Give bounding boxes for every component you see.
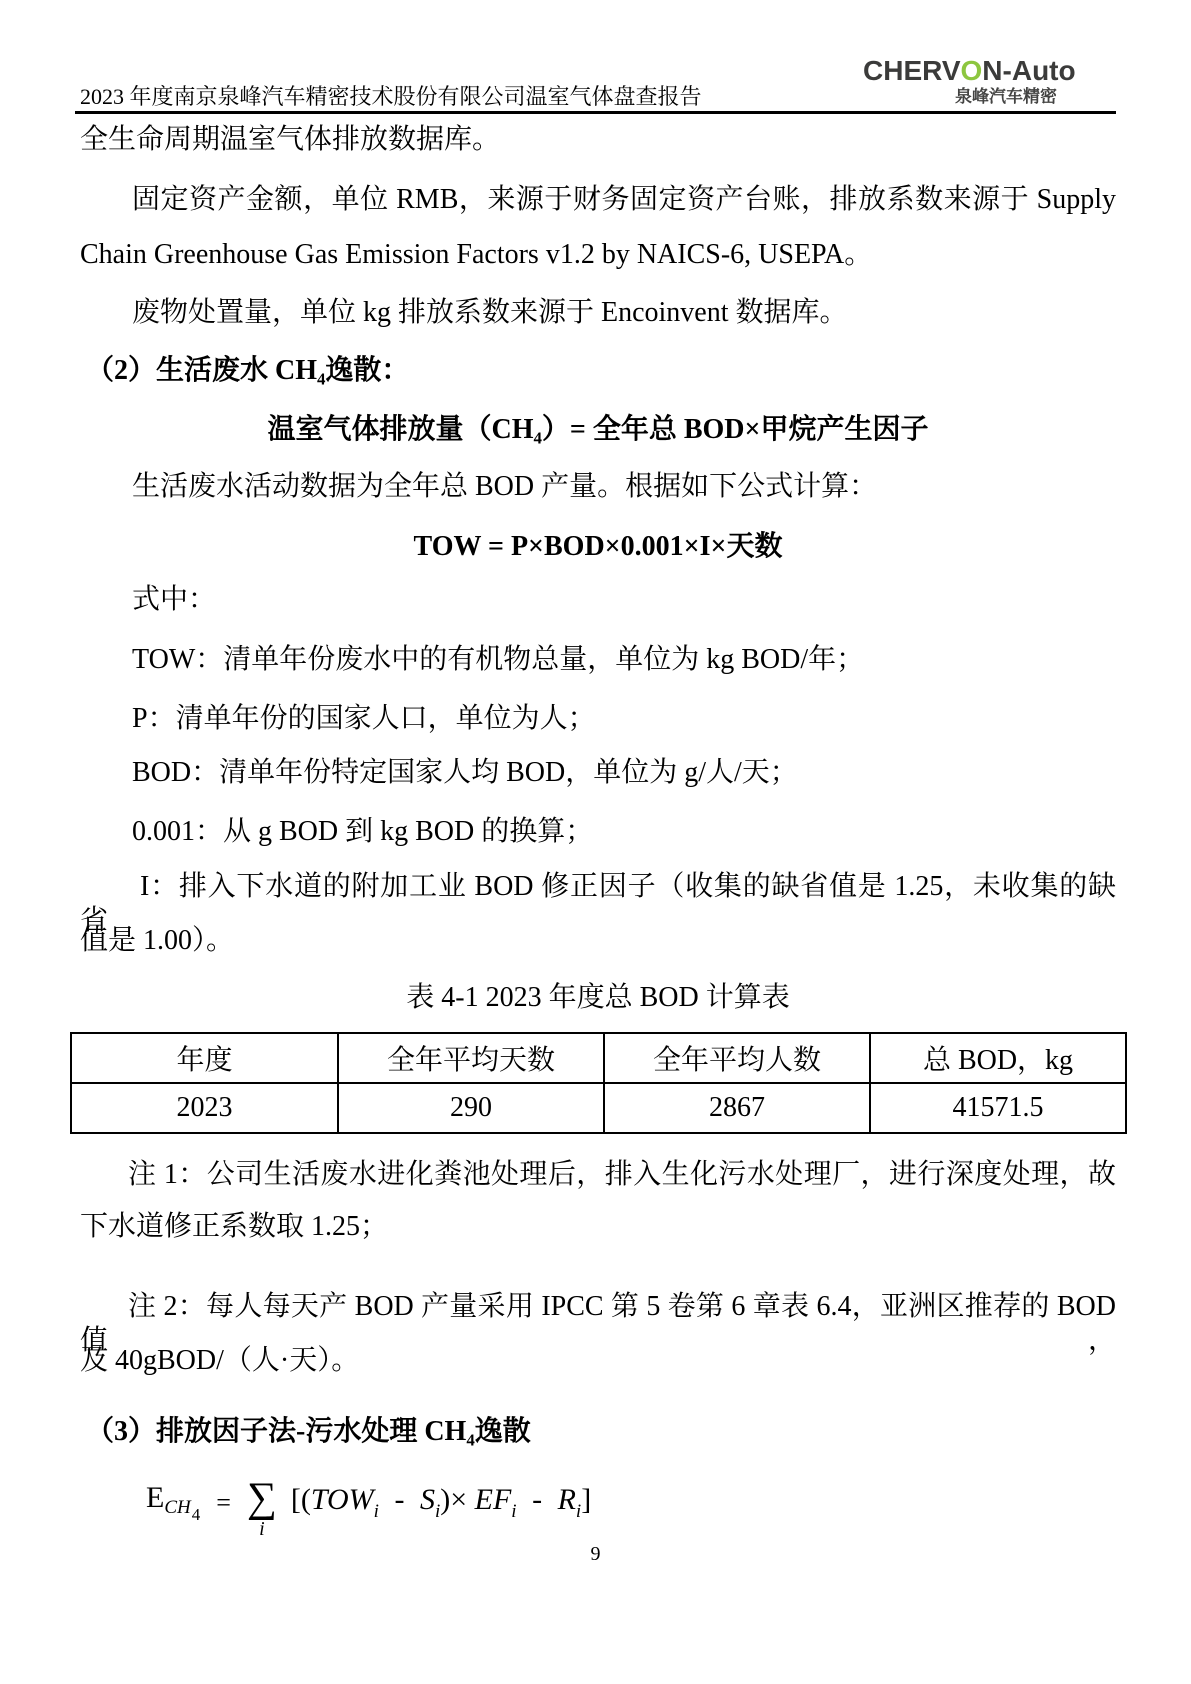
table-header-avg-people: 全年平均人数: [604, 1033, 870, 1083]
formula-ghg-emission: 温室气体排放量（CH₄）= 全年总 BOD×甲烷产生因子: [80, 413, 1116, 447]
note-2-line2: 及 40gBOD/（人·天）。: [80, 1344, 359, 1378]
definition-i-line1: I：排入下水道的附加工业 BOD 修正因子（收集的缺省值是 1.25，未收集的缺…: [80, 870, 1116, 938]
page-number: 9: [0, 1542, 1191, 1566]
formula-ech4-lhs: ECH4: [146, 1481, 200, 1525]
para-lifecycle-db: 全生命周期温室气体排放数据库。: [80, 123, 500, 157]
table-row: 2023 290 2867 41571.5: [71, 1083, 1126, 1133]
table-caption: 表 4-1 2023 年度总 BOD 计算表: [80, 981, 1116, 1015]
table-header-total-bod: 总 BOD，kg: [870, 1033, 1126, 1083]
definition-p: P：清单年份的国家人口，单位为人；: [132, 702, 596, 736]
formula-ech4-body: [(TOWi - Si)× EFi - Ri]: [291, 1483, 591, 1523]
definition-tow: TOW：清单年份废水中的有机物总量，单位为 kg BOD/年；: [132, 643, 864, 677]
bod-calculation-table: 年度 全年平均天数 全年平均人数 总 BOD，kg 2023 290 2867 …: [70, 1032, 1127, 1134]
logo-brand-text: CHERVON-Auto: [863, 56, 1057, 86]
logo-subtitle: 泉峰汽车精密: [863, 87, 1057, 106]
table-cell-total-bod: 41571.5: [870, 1083, 1126, 1133]
chervon-auto-logo: CHERVON-Auto 泉峰汽车精密: [863, 56, 1057, 106]
table-header-avg-days: 全年平均天数: [338, 1033, 604, 1083]
table-cell-avg-people: 2867: [604, 1083, 870, 1133]
document-page: 2023 年度南京泉峰汽车精密技术股份有限公司温室气体盘查报告 CHERVON-…: [0, 0, 1191, 1684]
heading-2-domestic-wastewater-ch4: （2）生活废水 CH₄逸散：: [86, 354, 409, 388]
definition-i-line2: 值是 1.00）。: [80, 924, 234, 958]
table-cell-avg-days: 290: [338, 1083, 604, 1133]
formula-tow: TOW = P×BOD×0.001×I×天数: [80, 530, 1116, 564]
header-divider: [75, 111, 1116, 114]
table-header-row: 年度 全年平均天数 全年平均人数 总 BOD，kg: [71, 1033, 1126, 1083]
note-1-line2: 下水道修正系数取 1.25；: [80, 1210, 388, 1244]
para-activity-data: 生活废水活动数据为全年总 BOD 产量。根据如下公式计算：: [132, 470, 877, 504]
note-1-line1: 注 1：公司生活废水进化粪池处理后，排入生化污水处理厂，进行深度处理，故: [80, 1158, 1116, 1192]
logo-brand-post: N-Auto: [982, 55, 1075, 86]
formula-ech4: ECH4 = ∑ i [(TOWi - Si)× EFi - Ri]: [146, 1466, 591, 1540]
logo-o-green-icon: O: [961, 55, 983, 86]
table-cell-year: 2023: [71, 1083, 338, 1133]
para-fixed-assets-line2: Chain Greenhouse Gas Emission Factors v1…: [80, 238, 872, 272]
sigma-operator: ∑ i: [247, 1478, 277, 1540]
para-waste-disposal: 废物处置量，单位 kg 排放系数来源于 Encoinvent 数据库。: [132, 296, 848, 330]
para-fixed-assets-line1: 固定资产金额，单位 RMB，来源于财务固定资产台账，排放系数来源于 Supply: [80, 183, 1116, 217]
logo-brand-pre: CHERV: [863, 55, 961, 86]
definition-0001: 0.001：从 g BOD 到 kg BOD 的换算；: [132, 815, 593, 849]
definition-bod: BOD：清单年份特定国家人均 BOD，单位为 g/人/天；: [132, 756, 798, 790]
formula-ech4-equals: =: [216, 1488, 231, 1518]
table-header-year: 年度: [71, 1033, 338, 1083]
heading-3-emission-factor-method: （3）排放因子法-污水处理 CH₄逸散: [86, 1415, 531, 1449]
label-where: 式中：: [132, 583, 216, 617]
report-header-title: 2023 年度南京泉峰汽车精密技术股份有限公司温室气体盘查报告: [80, 84, 702, 110]
